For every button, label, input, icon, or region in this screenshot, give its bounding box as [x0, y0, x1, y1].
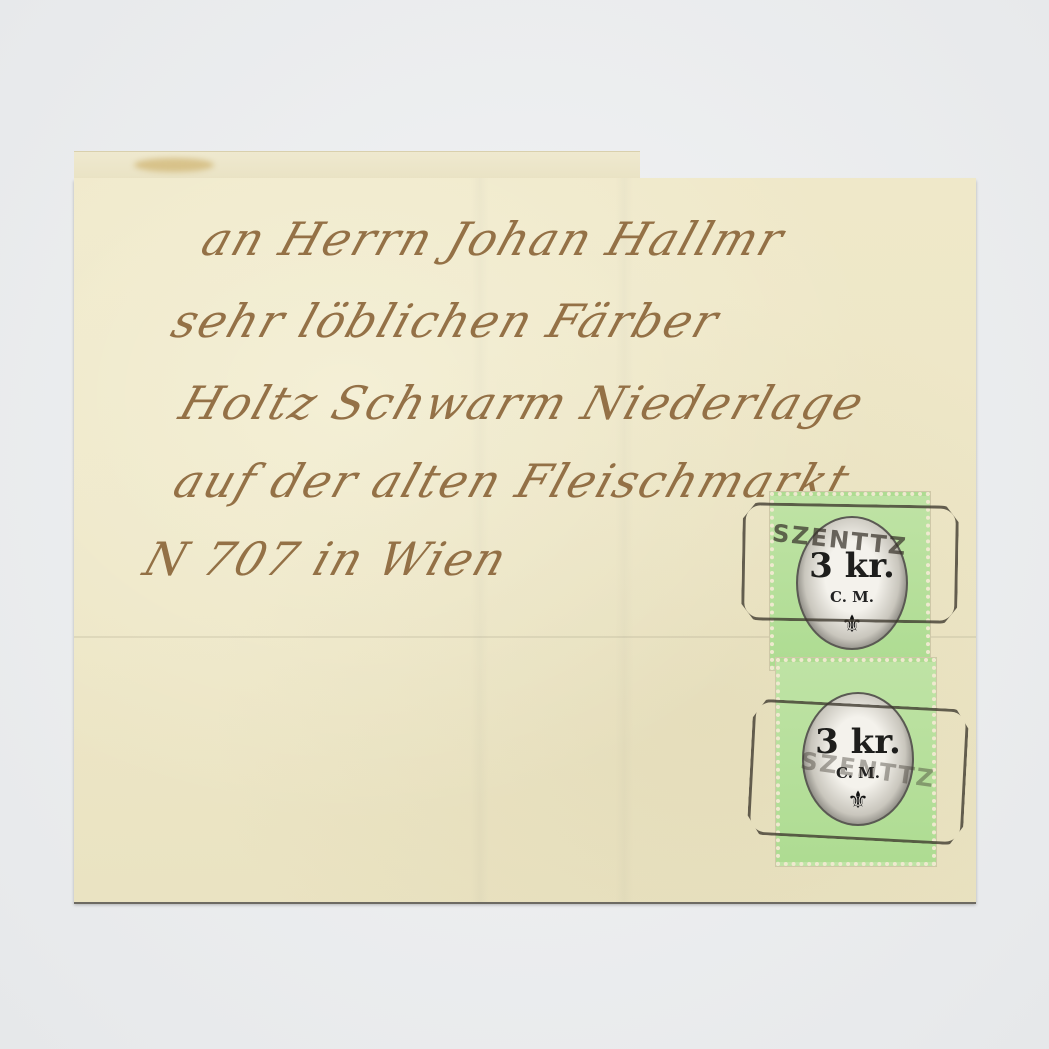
stamp-pair: 3 kr. C. M. ⚜ 3 kr. C. M. ⚜ SZENTTZ SZEN… — [764, 488, 939, 873]
address-line: sehr löblichen Färber — [165, 294, 727, 348]
address-line: Holtz Schwarm Niederlage — [173, 376, 872, 430]
age-stain — [134, 158, 214, 172]
address-line: an Herrn Johan Hallmr — [195, 212, 792, 266]
letter-cover: an Herrn Johan Hallmr sehr löblichen Fär… — [74, 178, 976, 902]
address-line: N 707 in Wien — [137, 532, 515, 586]
address-line: auf der alten Fleischmarkt — [167, 454, 858, 508]
